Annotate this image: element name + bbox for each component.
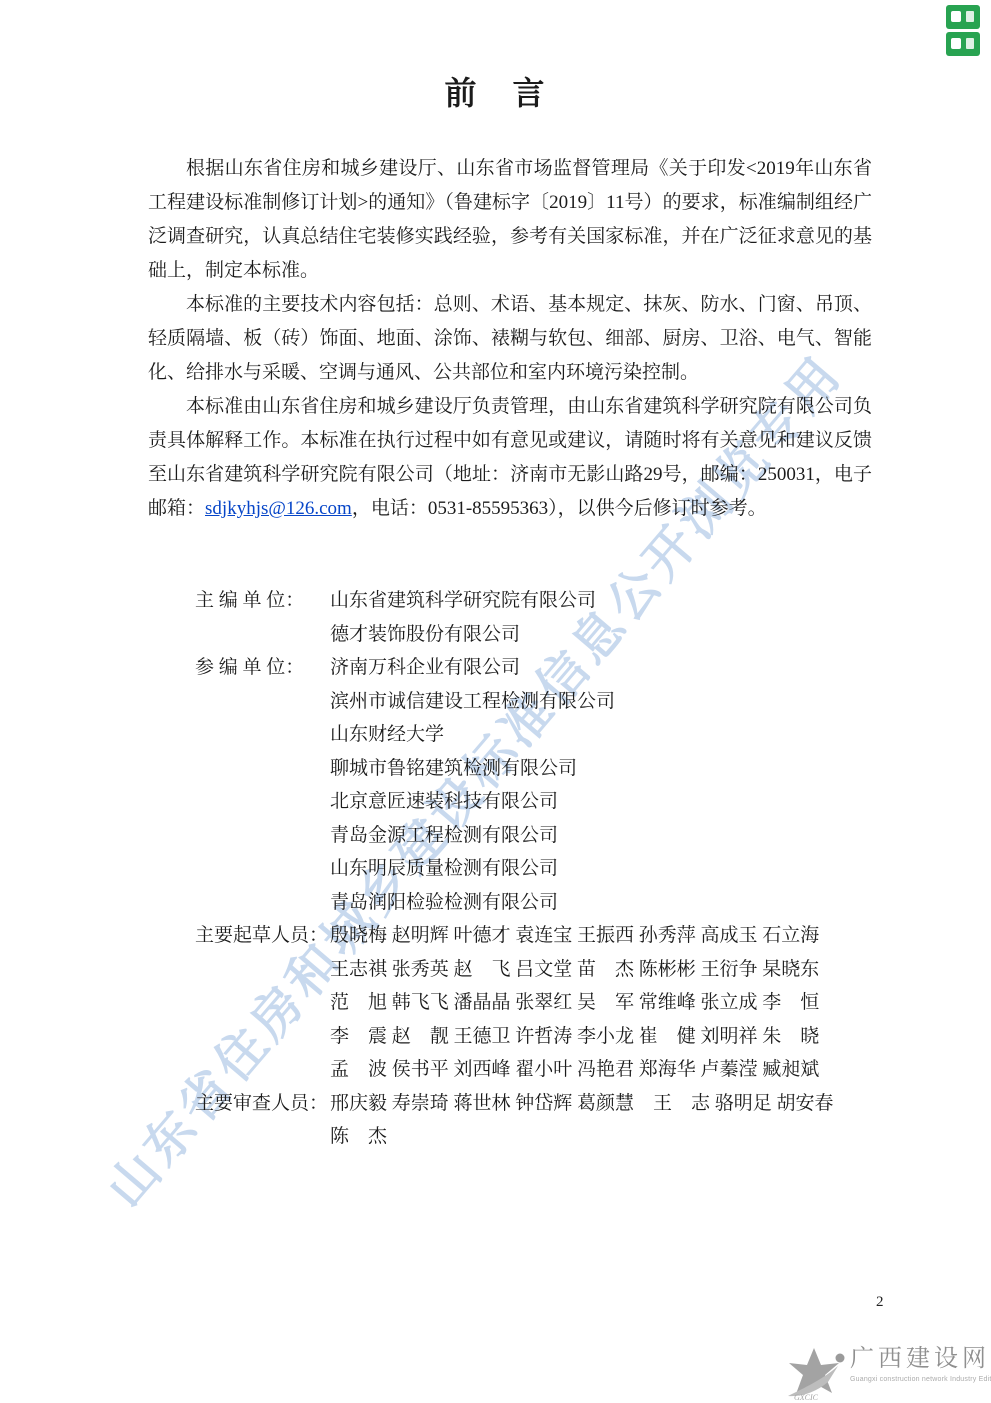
editorial-line: 邢庆毅 寿崇琦 蒋世林 钟岱辉 葛颜慧 王 志 骆明足 胡安春 (330, 1087, 872, 1121)
email-link[interactable]: sdjkyhjs@126.com (205, 498, 352, 519)
feedback-text-after: ，电话：0531-85595363），以供今后修订时参考。 (352, 498, 767, 519)
editorial-line: 殷晓梅 赵明辉 叶德才 袁连宝 王振西 孙秀萍 高成玉 石立海 (330, 919, 872, 953)
document-body: 根据山东省住房和城乡建设厅、山东省市场监督管理局《关于印发<2019年山东省工程… (148, 152, 872, 1154)
editorial-lines: 殷晓梅 赵明辉 叶德才 袁连宝 王振西 孙秀萍 高成玉 石立海王志祺 张秀英 赵… (330, 919, 872, 1087)
editorial-line: 滨州市诚信建设工程检测有限公司 (330, 685, 872, 719)
editorial-line: 王志祺 张秀英 赵 飞 吕文堂 苗 杰 陈彬彬 王衍争 杲晓东 (330, 953, 872, 987)
editorial-line: 北京意匠速装科技有限公司 (330, 785, 872, 819)
editorial-row: 主要审查人员：邢庆毅 寿崇琦 蒋世林 钟岱辉 葛颜慧 王 志 骆明足 胡安春陈 … (148, 1087, 872, 1154)
editorial-line: 德才装饰股份有限公司 (330, 618, 872, 652)
logo-mark-text: GXCIC (794, 1393, 819, 1402)
editorial-lines: 济南万科企业有限公司滨州市诚信建设工程检测有限公司山东财经大学聊城市鲁铭建筑检测… (330, 651, 872, 919)
editorial-label: 主 编 单 位： (148, 584, 330, 651)
editorial-line: 孟 波 侯书平 刘西峰 翟小叶 冯艳君 郑海华 卢蓁滢 臧昶斌 (330, 1053, 872, 1087)
editorial-lines: 邢庆毅 寿崇琦 蒋世林 钟岱辉 葛颜慧 王 志 骆明足 胡安春陈 杰 (330, 1087, 872, 1154)
paragraph-feedback: 本标准由山东省住房和城乡建设厅负责管理，由山东省建筑科学研究院有限公司负责具体解… (148, 390, 872, 526)
editorial-label: 主要审查人员： (148, 1087, 330, 1154)
page-title: 前 言 (0, 68, 991, 114)
editorial-line: 山东财经大学 (330, 718, 872, 752)
paragraph-basis: 根据山东省住房和城乡建设厅、山东省市场监督管理局《关于印发<2019年山东省工程… (148, 152, 872, 288)
document-page: 山东省住房和城乡建设标准信息公开浏览专用 前 言 根据山东省住房和城乡建设厅、山… (0, 0, 991, 1403)
logo-tagline: Guangxi construction network Industry Ed… (850, 1375, 991, 1384)
star-icon: GXCIC (780, 1346, 846, 1403)
editorial-line: 陈 杰 (330, 1120, 872, 1154)
editorial-line: 山东明辰质量检测有限公司 (330, 852, 872, 886)
editorial-list: 主 编 单 位：山东省建筑科学研究院有限公司德才装饰股份有限公司参 编 单 位：… (148, 584, 872, 1154)
editorial-row: 主 编 单 位：山东省建筑科学研究院有限公司德才装饰股份有限公司 (148, 584, 872, 651)
editorial-row: 主要起草人员：殷晓梅 赵明辉 叶德才 袁连宝 王振西 孙秀萍 高成玉 石立海王志… (148, 919, 872, 1087)
editorial-line: 聊城市鲁铭建筑检测有限公司 (330, 752, 872, 786)
stamp-icon (946, 5, 980, 29)
editorial-line: 青岛金源工程检测有限公司 (330, 819, 872, 853)
paragraph-contents: 本标准的主要技术内容包括：总则、术语、基本规定、抹灰、防水、门窗、吊顶、轻质隔墙… (148, 288, 872, 390)
editorial-line: 济南万科企业有限公司 (330, 651, 872, 685)
stamp-icon (946, 32, 980, 56)
page-number: 2 (876, 1294, 884, 1311)
editorial-label: 参 编 单 位： (148, 651, 330, 919)
editorial-label: 主要起草人员： (148, 919, 330, 1087)
editorial-line: 山东省建筑科学研究院有限公司 (330, 584, 872, 618)
logo-name: 广西建设网 (850, 1346, 991, 1372)
editorial-lines: 山东省建筑科学研究院有限公司德才装饰股份有限公司 (330, 584, 872, 651)
editorial-line: 范 旭 韩飞飞 潘晶晶 张翠红 吴 军 常维峰 张立成 李 恒 (330, 986, 872, 1020)
site-logo: GXCIC 广西建设网 Guangxi construction network… (780, 1346, 991, 1403)
editorial-row: 参 编 单 位：济南万科企业有限公司滨州市诚信建设工程检测有限公司山东财经大学聊… (148, 651, 872, 919)
editorial-line: 青岛润阳检验检测有限公司 (330, 886, 872, 920)
editorial-line: 李 震 赵 靓 王德卫 许哲涛 李小龙 崔 健 刘明祥 朱 晓 (330, 1020, 872, 1054)
